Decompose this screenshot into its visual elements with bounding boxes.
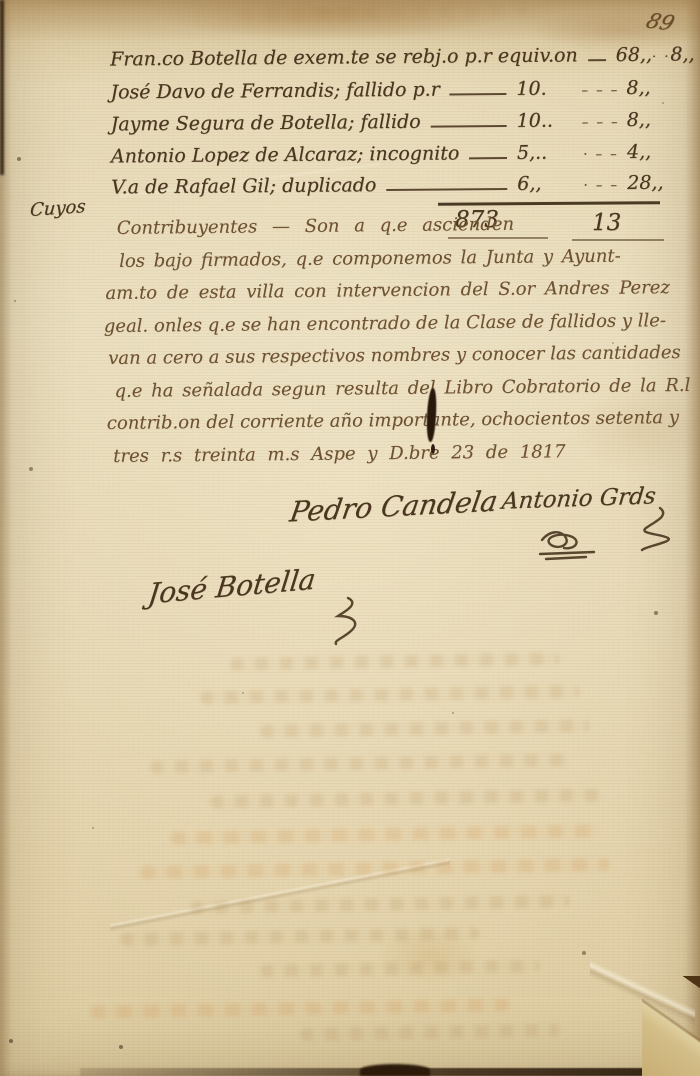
bleedthrough-ghost-line bbox=[150, 753, 570, 773]
leader-line bbox=[469, 157, 507, 159]
bleedthrough-ghost-line bbox=[300, 1024, 560, 1042]
ledger-row-reales: 68,, bbox=[616, 44, 652, 66]
bleedthrough-ghost-line bbox=[170, 824, 600, 845]
dust-specks bbox=[0, 0, 2, 2]
margin-note: Cuyos bbox=[29, 196, 86, 221]
bleedthrough-ghost-line bbox=[200, 685, 580, 705]
bleedthrough-ghost-line bbox=[210, 789, 600, 809]
bleedthrough-ghost-line bbox=[260, 719, 590, 738]
ledger-row-name: Jayme Segura de Botella; fallido bbox=[111, 111, 421, 136]
ledger-row-separator-dots: · · bbox=[652, 50, 671, 65]
signature-flourish bbox=[636, 506, 676, 554]
ledger-row-name: Fran.co Botella de exem.te se rebj.o p.r… bbox=[110, 44, 578, 70]
ledger-row-maravedis: 8,, bbox=[626, 77, 672, 99]
ledger-row: Jayme Segura de Botella; fallido 10.. – … bbox=[111, 109, 673, 136]
ledger-row-reales: 10.. bbox=[517, 109, 575, 132]
paper-crease bbox=[110, 845, 450, 940]
bleedthrough-ghost-line bbox=[90, 998, 510, 1018]
ledger-row-name: V.a de Rafael Gil; duplicado bbox=[111, 174, 376, 198]
ink-blot bbox=[431, 444, 435, 454]
ledger-row-separator-dots: · – – bbox=[575, 147, 627, 162]
signature-antonio-grds: Antonio Grds bbox=[501, 483, 657, 514]
ledger-row-reales: 5,.. bbox=[517, 141, 575, 164]
signature-rubric-flourish bbox=[536, 526, 610, 562]
ledger-row-separator-dots: – – – bbox=[575, 115, 627, 130]
sum-rule-line bbox=[438, 201, 660, 206]
ledger-row-reales: 10. bbox=[516, 77, 574, 100]
bleedthrough-ghost-line bbox=[230, 652, 560, 671]
ledger-row-reales: 6,, bbox=[517, 172, 575, 195]
ledger-row-maravedis: 8,, bbox=[627, 109, 673, 131]
ledger-row-maravedis: 4,, bbox=[627, 141, 673, 163]
manuscript-page: 89 Fran.co Botella de exem.te se rebj.o … bbox=[0, 0, 700, 1076]
bottom-edge-notch bbox=[360, 1064, 430, 1076]
signature-jose-botella: José Botella bbox=[146, 562, 317, 610]
body-paragraph: Contribuyentes — Son a q.e ascienden los… bbox=[103, 207, 688, 473]
signature-flourish bbox=[330, 596, 364, 648]
ledger-row: José Davo de Ferrandis; fallido p.r 10. … bbox=[110, 77, 672, 104]
ledger-row-name: Antonio Lopez de Alcaraz; incognito bbox=[111, 142, 460, 167]
ledger-row-name: José Davo de Ferrandis; fallido p.r bbox=[110, 79, 440, 104]
leader-line bbox=[450, 93, 507, 95]
ledger-row-maravedis: 8,, bbox=[670, 43, 694, 65]
leader-line bbox=[588, 59, 606, 61]
paper-crease bbox=[590, 915, 695, 1065]
ledger-row: V.a de Rafael Gil; duplicado 6,, · – – 2… bbox=[111, 172, 673, 199]
ledger-row-separator-dots: – – – bbox=[574, 83, 626, 98]
body-line: contrib.on del corriente año importante,… bbox=[105, 402, 687, 441]
body-line: am.to de esta villa con intervencion del… bbox=[103, 272, 685, 311]
binding-shadow bbox=[0, 0, 4, 175]
bleedthrough-ghost-line bbox=[260, 960, 540, 978]
body-line: van a cero a sus respectivos nombres y c… bbox=[104, 337, 686, 376]
leader-line bbox=[386, 188, 507, 191]
signature-pedro-candela: Pedro Candela bbox=[288, 484, 501, 528]
ledger-row-maravedis: 28,, bbox=[627, 172, 673, 194]
ledger-row: Fran.co Botella de exem.te se rebj.o p.r… bbox=[110, 44, 672, 71]
ledger-row: Antonio Lopez de Alcaraz; incognito 5,..… bbox=[111, 141, 673, 168]
body-line: tres r.s treinta m.s Aspe y D.bre 23 de … bbox=[105, 434, 687, 473]
ledger-list: Fran.co Botella de exem.te se rebj.o p.r… bbox=[110, 44, 672, 49]
ledger-row-separator-dots: · – – bbox=[575, 178, 627, 193]
leader-line bbox=[431, 125, 507, 128]
